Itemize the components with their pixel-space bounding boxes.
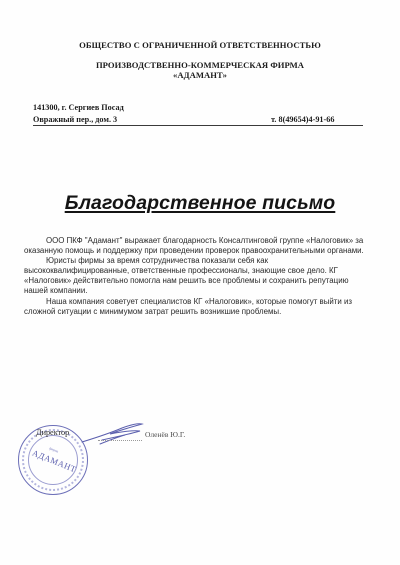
body-paragraph: Наша компания советует специалистов КГ «… — [24, 297, 364, 317]
signature-line — [98, 440, 142, 441]
letter-title: Благодарственное письмо — [0, 192, 400, 215]
letter-body: ООО ПКФ "Адамант" выражает благодарность… — [24, 236, 364, 317]
letterhead-org-kind: ПРОИЗВОДСТВЕННО-КОММЕРЧЕСКАЯ ФИРМА — [0, 60, 400, 70]
letterhead-address-line1: 141300, г. Сергиев Посад — [33, 103, 124, 112]
letter-page: ОБЩЕСТВО С ОГРАНИЧЕННОЙ ОТВЕТСТВЕННОСТЬЮ… — [0, 0, 400, 565]
letterhead-org-type: ОБЩЕСТВО С ОГРАНИЧЕННОЙ ОТВЕТСТВЕННОСТЬЮ — [0, 40, 400, 50]
body-paragraph: Юристы фирмы за время сотрудничества пок… — [24, 256, 364, 296]
signer-role: Директор — [36, 428, 69, 437]
handwritten-signature-icon — [80, 420, 145, 450]
letterhead-phone: т. 8(49654)4-91-66 — [271, 115, 334, 124]
body-paragraph: ООО ПКФ "Адамант" выражает благодарность… — [24, 236, 364, 256]
signer-name: Оленёв Ю.Г. — [145, 430, 185, 439]
letterhead-divider — [33, 125, 363, 126]
letterhead-address-line2: Овражный пер., дом. 3 — [33, 115, 117, 124]
letterhead-org-name: «АДАМАНТ» — [0, 70, 400, 80]
